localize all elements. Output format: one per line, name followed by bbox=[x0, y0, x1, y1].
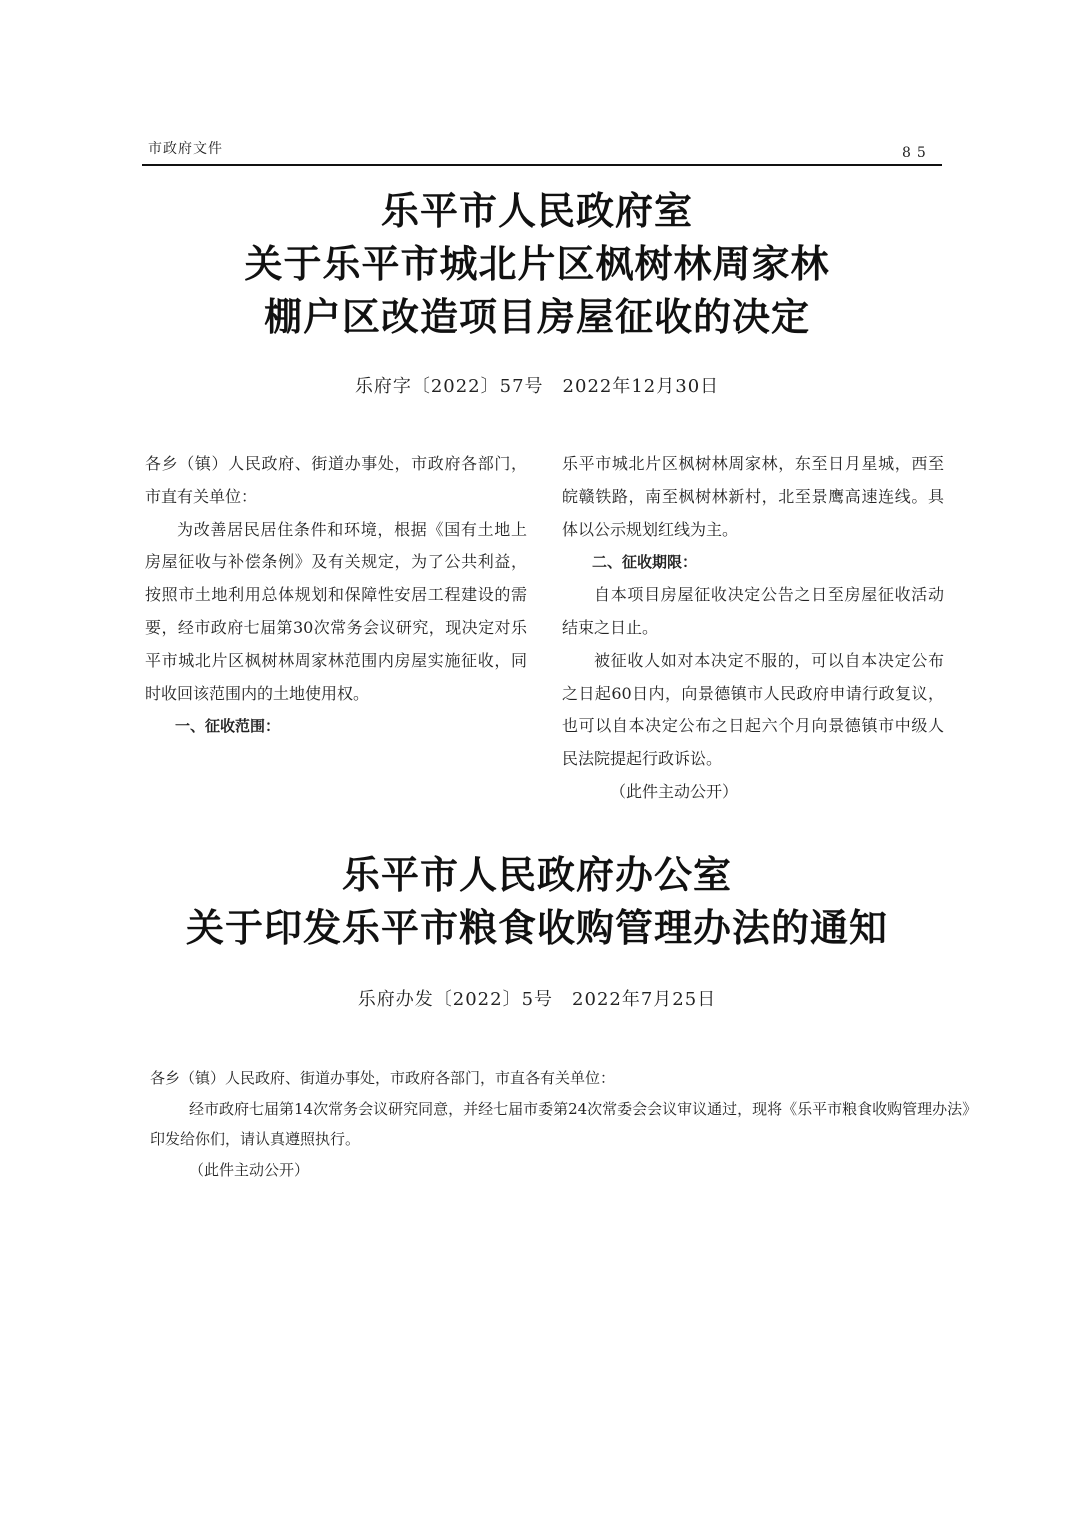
title-line: 乐平市人民政府室 bbox=[0, 184, 1074, 237]
document-number-date: 乐府办发〔2022〕5号 2022年7月25日 bbox=[0, 985, 1074, 1011]
notice-body: 各乡（镇）人民政府、街道办事处，市政府各部门，市直各有关单位： 经市政府七届第1… bbox=[150, 1063, 972, 1185]
addressee: 各乡（镇）人民政府、街道办事处，市政府各部门，市直各有关单位： bbox=[150, 1063, 972, 1094]
right-column: 乐平市城北片区枫树林周家林，东至日月星城，西至皖赣铁路，南至枫树林新村，北至景鹰… bbox=[562, 448, 944, 809]
appeal-paragraph: 被征收人如对本决定不服的，可以自本决定公布之日起60日内，向景德镇市人民政府申请… bbox=[562, 645, 944, 776]
title-line: 关于印发乐平市粮食收购管理办法的通知 bbox=[0, 901, 1074, 954]
section-label: 市政府文件 bbox=[148, 138, 223, 158]
section-heading: 二、征收期限： bbox=[562, 546, 944, 579]
document-number-date: 乐府字〔2022〕57号 2022年12月30日 bbox=[0, 372, 1074, 398]
period-paragraph: 自本项目房屋征收决定公告之日至房屋征收活动结束之日止。 bbox=[562, 579, 944, 645]
disclosure-note: （此件主动公开） bbox=[562, 776, 944, 809]
title-line: 棚户区改造项目房屋征收的决定 bbox=[0, 290, 1074, 343]
title-line: 乐平市人民政府办公室 bbox=[0, 848, 1074, 901]
title-line: 关于乐平市城北片区枫树林周家林 bbox=[0, 237, 1074, 290]
document-title: 乐平市人民政府室 关于乐平市城北片区枫树林周家林 棚户区改造项目房屋征收的决定 bbox=[0, 184, 1074, 343]
addressee: 各乡（镇）人民政府、街道办事处，市政府各部门，市直有关单位： bbox=[145, 448, 527, 514]
document-title: 乐平市人民政府办公室 关于印发乐平市粮食收购管理办法的通知 bbox=[0, 848, 1074, 954]
section-heading: 一、征收范围： bbox=[145, 710, 527, 743]
scope-paragraph: 乐平市城北片区枫树林周家林，东至日月星城，西至皖赣铁路，南至枫树林新村，北至景鹰… bbox=[562, 448, 944, 546]
left-column: 各乡（镇）人民政府、街道办事处，市政府各部门，市直有关单位： 为改善居民居住条件… bbox=[145, 448, 527, 743]
body-paragraph: 为改善居民居住条件和环境，根据《国有土地上房屋征收与补偿条例》及有关规定，为了公… bbox=[145, 514, 527, 711]
header-divider bbox=[142, 164, 942, 166]
disclosure-note: （此件主动公开） bbox=[150, 1155, 972, 1186]
body-paragraph: 经市政府七届第14次常务会议研究同意，并经七届市委第24次常委会会议审议通过，现… bbox=[150, 1094, 972, 1155]
page-number: 85 bbox=[902, 145, 932, 161]
